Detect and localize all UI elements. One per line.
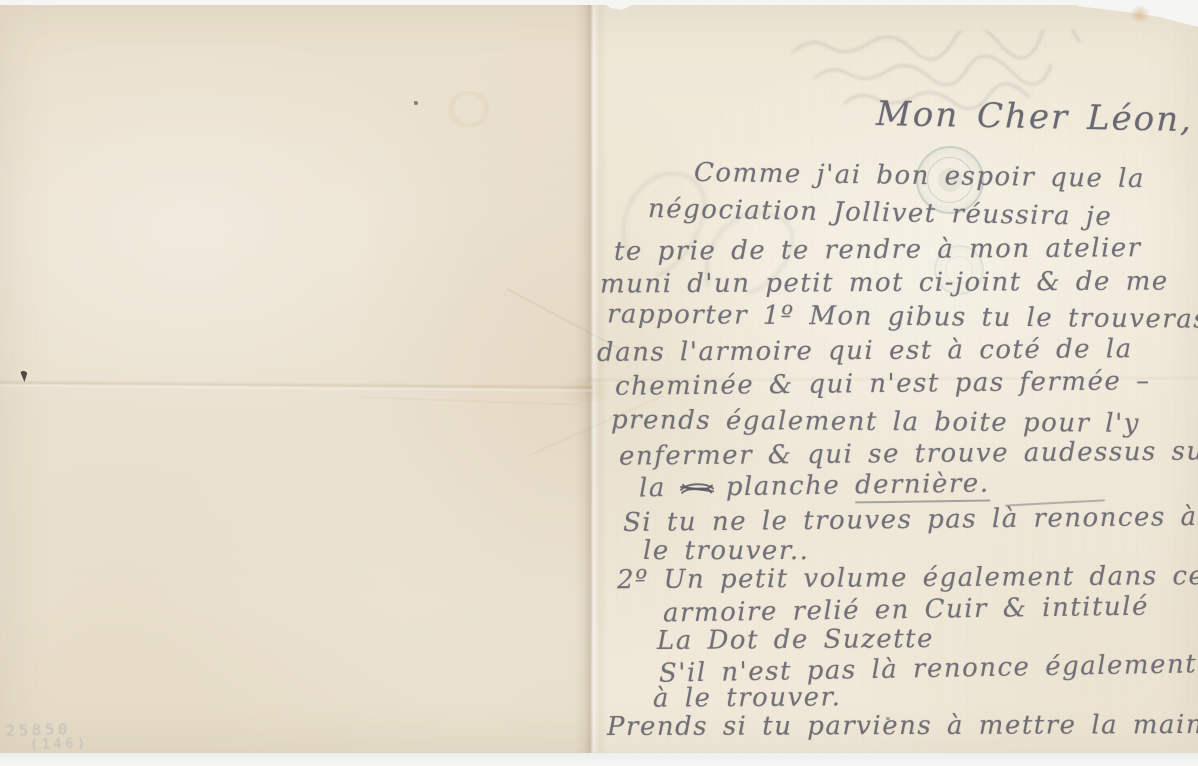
letter-line: enfermer & qui se trouve audessus sur — [619, 436, 1198, 471]
letter-line: rapporter 1º Mon gibus tu le trouveras — [607, 299, 1198, 334]
scratched-out-word — [678, 479, 716, 498]
ink-dot — [886, 717, 890, 720]
letter-line-with-correction: laplanche dernière. — [639, 469, 990, 504]
letter-line: à le trouver. — [653, 682, 842, 713]
letter-line: te prie de te rendre à mon atelier — [614, 233, 1142, 267]
scan-edge-bottom — [0, 753, 1198, 766]
scan-edge-top — [0, 0, 1198, 5]
letter-scan: Mon Cher Léon, Comme j'ai bon espoir que… — [0, 0, 1198, 766]
salutation: Mon Cher Léon, — [876, 94, 1194, 140]
letter-line: muni d'un petit mot ci-joint & de me — [600, 267, 1169, 300]
letter-line: 2º Un petit volume également dans cette — [617, 561, 1198, 595]
line-text-underlined: dernière. — [855, 469, 990, 504]
fold-intersection-smudge — [556, 377, 616, 403]
corner-accession-number-2: (146) — [30, 736, 90, 753]
letter-line: Comme j'ai bon espoir que la — [694, 158, 1145, 194]
line-text-pre: la — [639, 473, 666, 503]
letter-line: cheminée & qui n'est pas fermée – — [615, 366, 1151, 402]
paper-speck — [414, 101, 418, 105]
page-left-blank — [0, 5, 590, 753]
line-text-word: planche — [726, 471, 841, 503]
letter-line: Si tu ne le trouves pas là renonces à — [623, 502, 1198, 538]
letter-line: La Dot de Suzette — [657, 624, 934, 656]
faint-ring-stain — [446, 91, 492, 127]
foxing-stain-top-right — [1128, 6, 1152, 22]
letter-line: prends également la boite pour l'y — [611, 405, 1140, 439]
paper-sheet: Mon Cher Léon, Comme j'ai bon espoir que… — [0, 5, 1198, 754]
letter-line: dans l'armoire qui est à coté de la — [597, 334, 1133, 368]
letter-line: Prends si tu parviens à mettre la main — [607, 710, 1198, 742]
letter-line: le trouver.. — [643, 536, 809, 566]
